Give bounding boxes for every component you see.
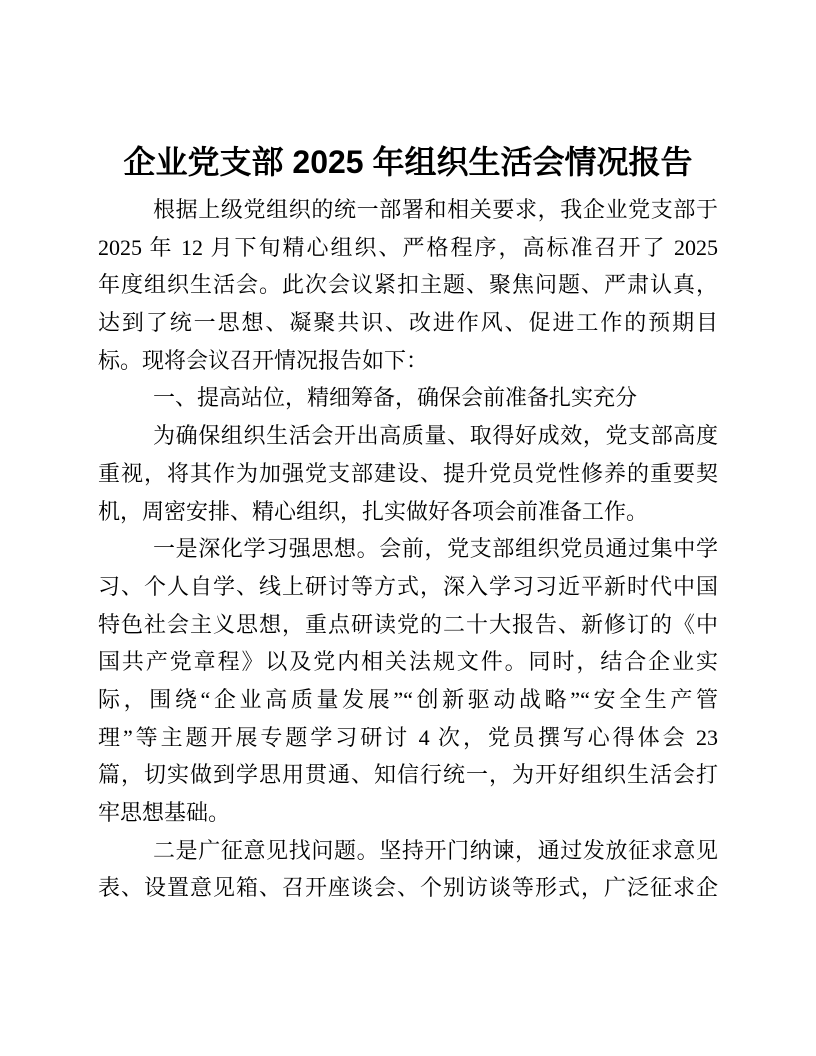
paragraph: 一是深化学习强思想。会前，党支部组织党员通过集中学习、个人自学、线上研讨等方式，…	[98, 530, 718, 832]
text-line: 2025 年 12 月下旬精心组织、严格程序，高标准召开了 2025	[98, 229, 718, 267]
text-line: 际，围绕“企业高质量发展”“创新驱动战略”“安全生产管	[98, 681, 718, 719]
text-line: 机，周密安排、精心组织，扎实做好各项会前准备工作。	[98, 493, 718, 531]
text-line: 习、个人自学、线上研讨等方式，深入学习习近平新时代中国	[98, 568, 718, 606]
text-line: 标。现将会议召开情况报告如下：	[98, 342, 718, 380]
text-line: 一是深化学习强思想。会前，党支部组织党员通过集中学	[98, 530, 718, 568]
text-line: 年度组织生活会。此次会议紧扣主题、聚焦问题、严肃认真，	[98, 266, 718, 304]
text-line: 表、设置意见箱、召开座谈会、个别访谈等形式，广泛征求企	[98, 869, 718, 907]
text-line: 牢思想基础。	[98, 794, 718, 832]
paragraph: 为确保组织生活会开出高质量、取得好成效，党支部高度重视，将其作为加强党支部建设、…	[98, 417, 718, 530]
text-line: 一、提高站位，精细筹备，确保会前准备扎实充分	[98, 379, 718, 417]
text-line: 根据上级党组织的统一部署和相关要求，我企业党支部于	[98, 191, 718, 229]
text-line: 国共产党章程》以及党内相关法规文件。同时，结合企业实	[98, 643, 718, 681]
paragraph: 二是广征意见找问题。坚持开门纳谏，通过发放征求意见表、设置意见箱、召开座谈会、个…	[98, 832, 718, 907]
text-line: 二是广征意见找问题。坚持开门纳谏，通过发放征求意见	[98, 832, 718, 870]
text-line: 理”等主题开展专题学习研讨 4 次，党员撰写心得体会 23	[98, 719, 718, 757]
text-line: 为确保组织生活会开出高质量、取得好成效，党支部高度	[98, 417, 718, 455]
text-line: 篇，切实做到学思用贯通、知信行统一，为开好组织生活会打	[98, 756, 718, 794]
document-content: 企业党支部 2025 年组织生活会情况报告 根据上级党组织的统一部署和相关要求，…	[98, 142, 718, 907]
paragraph: 根据上级党组织的统一部署和相关要求，我企业党支部于2025 年 12 月下旬精心…	[98, 191, 718, 379]
document-title: 企业党支部 2025 年组织生活会情况报告	[98, 142, 718, 182]
section-heading: 一、提高站位，精细筹备，确保会前准备扎实充分	[98, 379, 718, 417]
document-body: 根据上级党组织的统一部署和相关要求，我企业党支部于2025 年 12 月下旬精心…	[98, 191, 718, 907]
text-line: 达到了统一思想、凝聚共识、改进作风、促进工作的预期目	[98, 304, 718, 342]
text-line: 特色社会主义思想，重点研读党的二十大报告、新修订的《中	[98, 606, 718, 644]
text-line: 重视，将其作为加强党支部建设、提升党员党性修养的重要契	[98, 455, 718, 493]
document-page: 企业党支部 2025 年组织生活会情况报告 根据上级党组织的统一部署和相关要求，…	[0, 0, 816, 1056]
